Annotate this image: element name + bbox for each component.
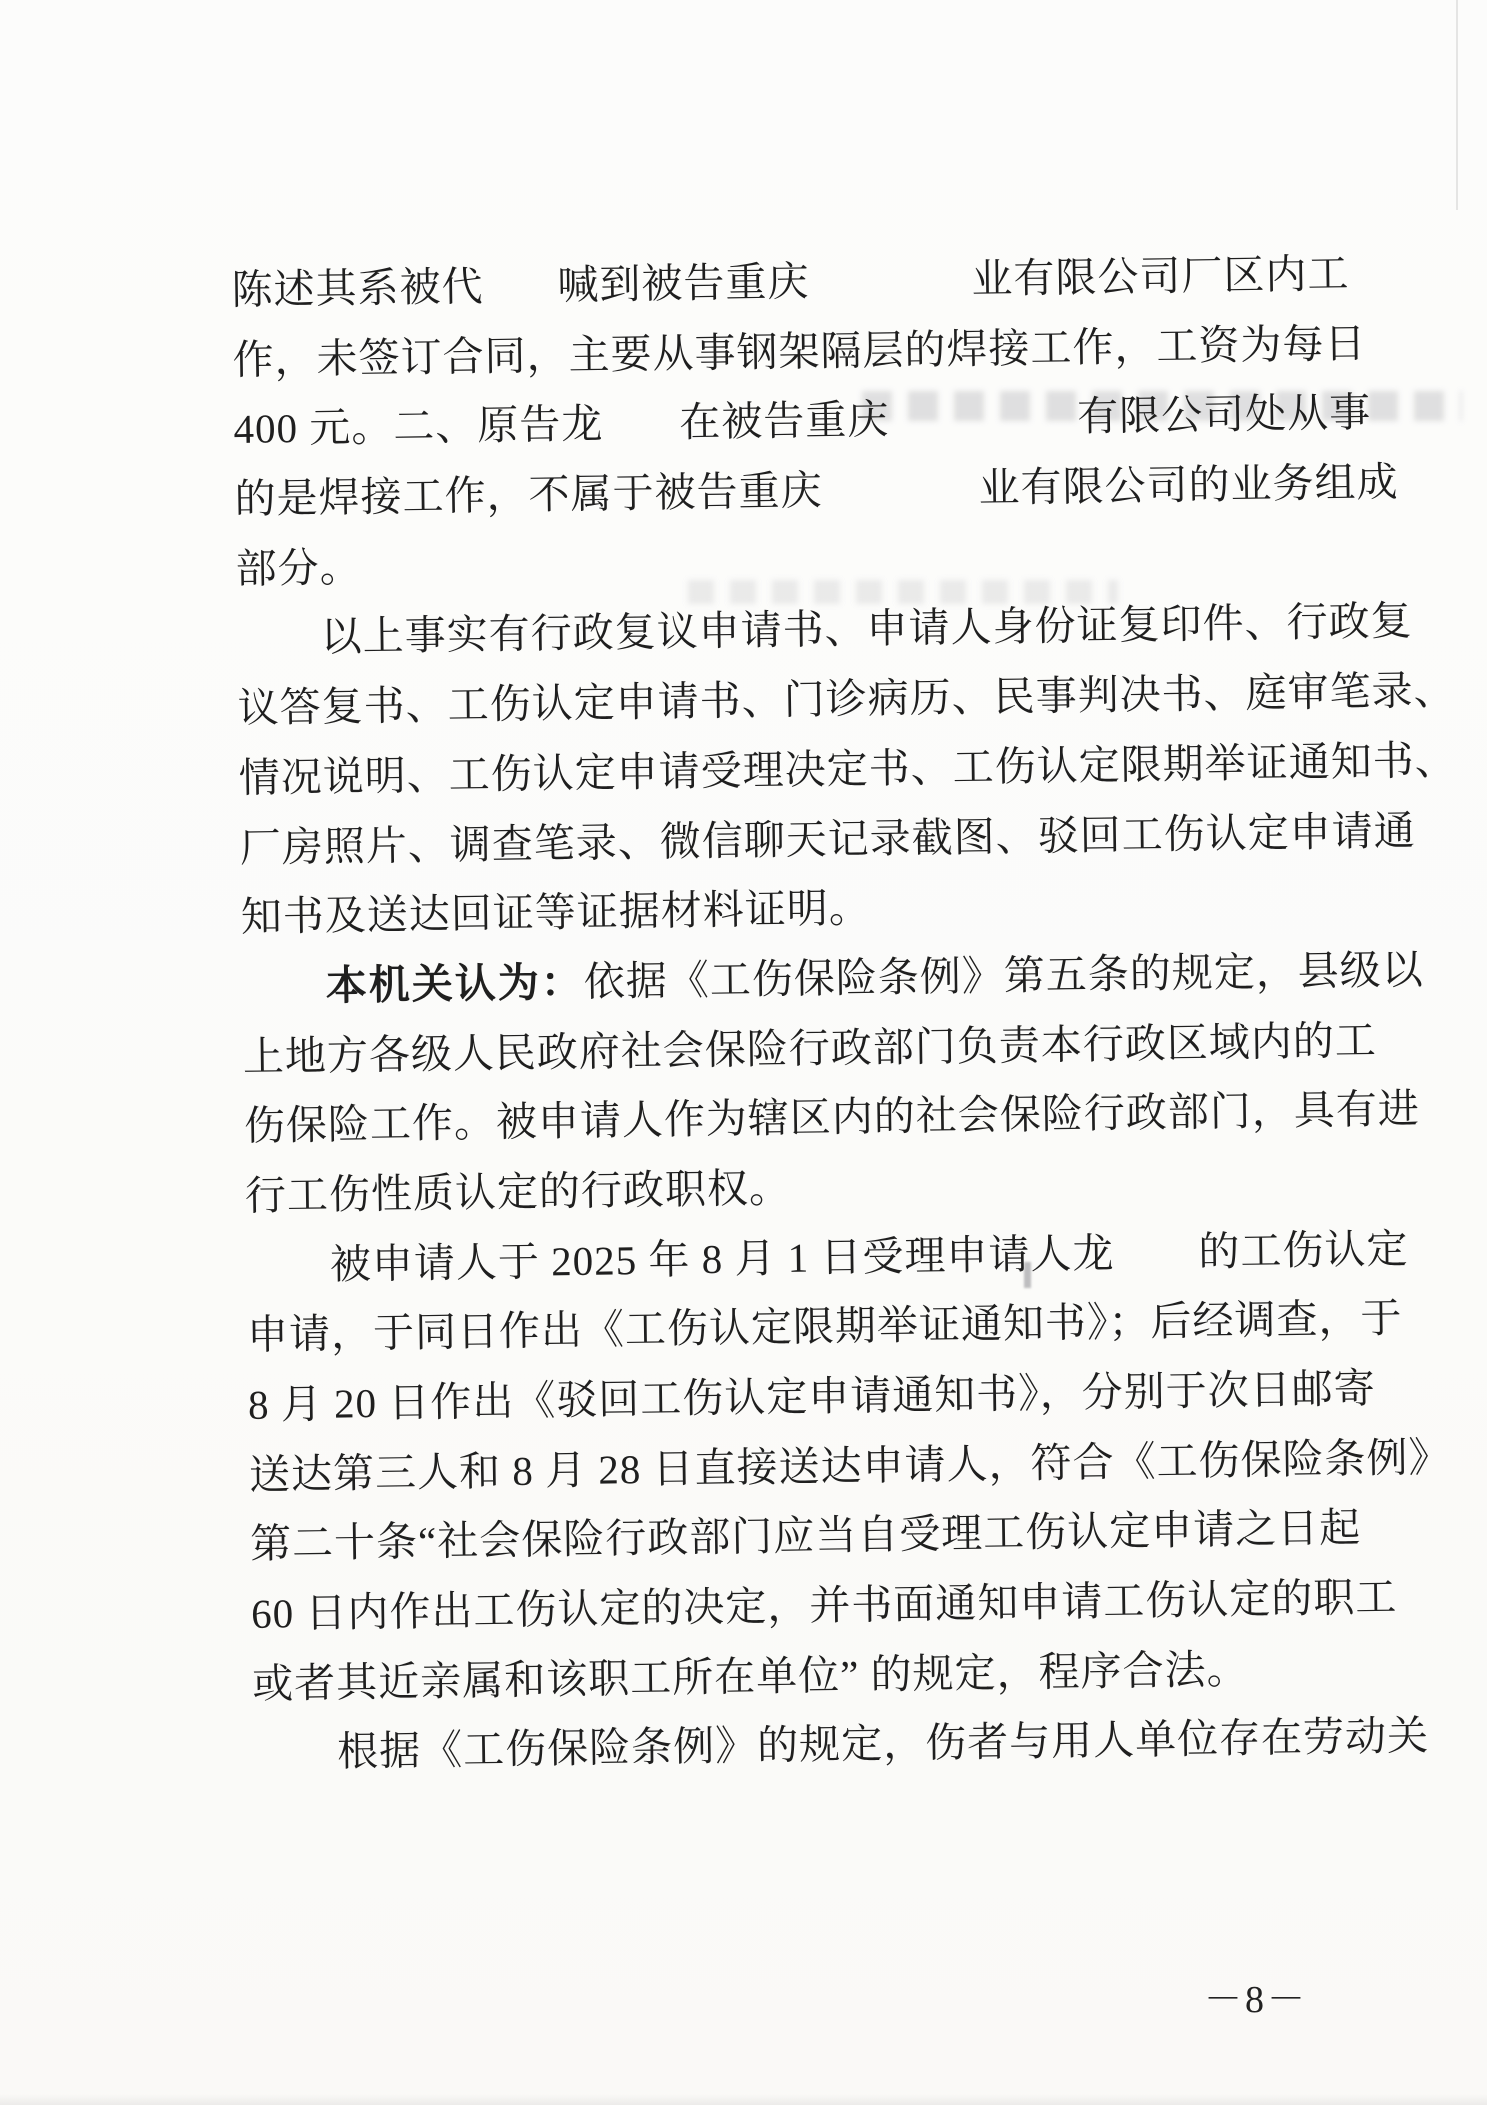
redacted-name-gap (810, 292, 972, 295)
text-segment: 送达第三人和 8 月 28 日直接送达申请人，符合《工伤保险条例》 (249, 1434, 1451, 1498)
text-segment: 上地方各级人民政府社会保险行政部门负责本行政区域内的工 (243, 1017, 1378, 1080)
scanned-document-page: 陈述其系被代喊到被告重庆业有限公司厂区内工作，未签订合同，主要从事钢架隔层的焊接… (0, 0, 1487, 2105)
text-segment: 有限公司处从事 (1077, 389, 1372, 439)
text-segment: 伤保险工作。被申请人作为辖区内的社会保险行政部门，具有进 (244, 1086, 1421, 1149)
text-segment: 申请，于同日作出《工伤认定限期举证通知书》；后经调查，于 (247, 1295, 1403, 1358)
text-segment: 依据《工伤保险条例》第五条的规定，县级以 (583, 946, 1424, 1004)
text-segment: 在被告重庆 (679, 397, 890, 446)
redacted-name-gap (484, 298, 558, 300)
text-segment: 以上事实有行政复议申请书、申请人身份证复印件、行政复 (320, 598, 1413, 660)
redacted-name-gap (823, 501, 979, 504)
text-segment: 议答复书、工伤认定申请书、门诊病历、民事判决书、庭审笔录、 (237, 667, 1456, 731)
text-segment: 400 元。二、原告龙 (233, 401, 603, 452)
text-segment: 根据《工伤保险条例》的规定，伤者与用人单位存在劳动关 (337, 1713, 1430, 1775)
page-edge-seam (1456, 0, 1458, 210)
text-segment: 的工伤认定 (1198, 1225, 1409, 1274)
text-segment: 陈述其系被代 (231, 263, 484, 313)
text-segment: 行工伤性质认定的行政职权。 (245, 1165, 792, 1219)
text-segment: 8 月 20 日作出《驳回工伤认定申请通知书》，分别于次日邮寄 (248, 1365, 1376, 1428)
page-edge-shadow (0, 2094, 1487, 2105)
text-segment: 情况说明、工伤认定申请受理决定书、工伤认定限期举证通知书、 (238, 737, 1457, 801)
text-segment: 的是焊接工作，不属于被告重庆 (234, 467, 823, 522)
text-segment: 喊到被告重庆 (557, 258, 810, 308)
redacted-name-gap (889, 430, 1077, 434)
document-body: 陈述其系被代喊到被告重庆业有限公司厂区内工作，未签订合同，主要从事钢架隔层的焊接… (231, 239, 1389, 1789)
text-segment: 部分。 (235, 544, 362, 592)
text-segment: 或者其近亲属和该职工所在单位” 的规定，程序合法。 (252, 1646, 1249, 1707)
redacted-name-gap (1115, 1264, 1199, 1266)
text-segment: 60 日内作出工伤认定的决定，并书面通知申请工伤认定的职工 (251, 1574, 1398, 1637)
text-segment: 业有限公司的业务组成 (978, 459, 1399, 511)
text-segment: 第二十条“社会保险行政部门应当自受理工伤认定申请之日起 (250, 1505, 1362, 1567)
text-segment: 作，未签订合同，主要从事钢架隔层的焊接工作，工资为每日 (232, 320, 1367, 383)
text-segment: 被申请人于 2025 年 8 月 1 日受理申请人龙 (330, 1230, 1115, 1288)
redacted-name-gap (603, 436, 679, 438)
text-segment: 知书及送达回证等证据材料证明。 (240, 885, 871, 940)
page-number: －8－ (1204, 1968, 1308, 2023)
text-segment: 业有限公司厂区内工 (971, 250, 1350, 302)
text-segment: 本机关认为： (325, 959, 584, 1009)
text-segment: 厂房照片、调查笔录、微信聊天记录截图、驳回工伤认定申请通 (239, 807, 1416, 870)
